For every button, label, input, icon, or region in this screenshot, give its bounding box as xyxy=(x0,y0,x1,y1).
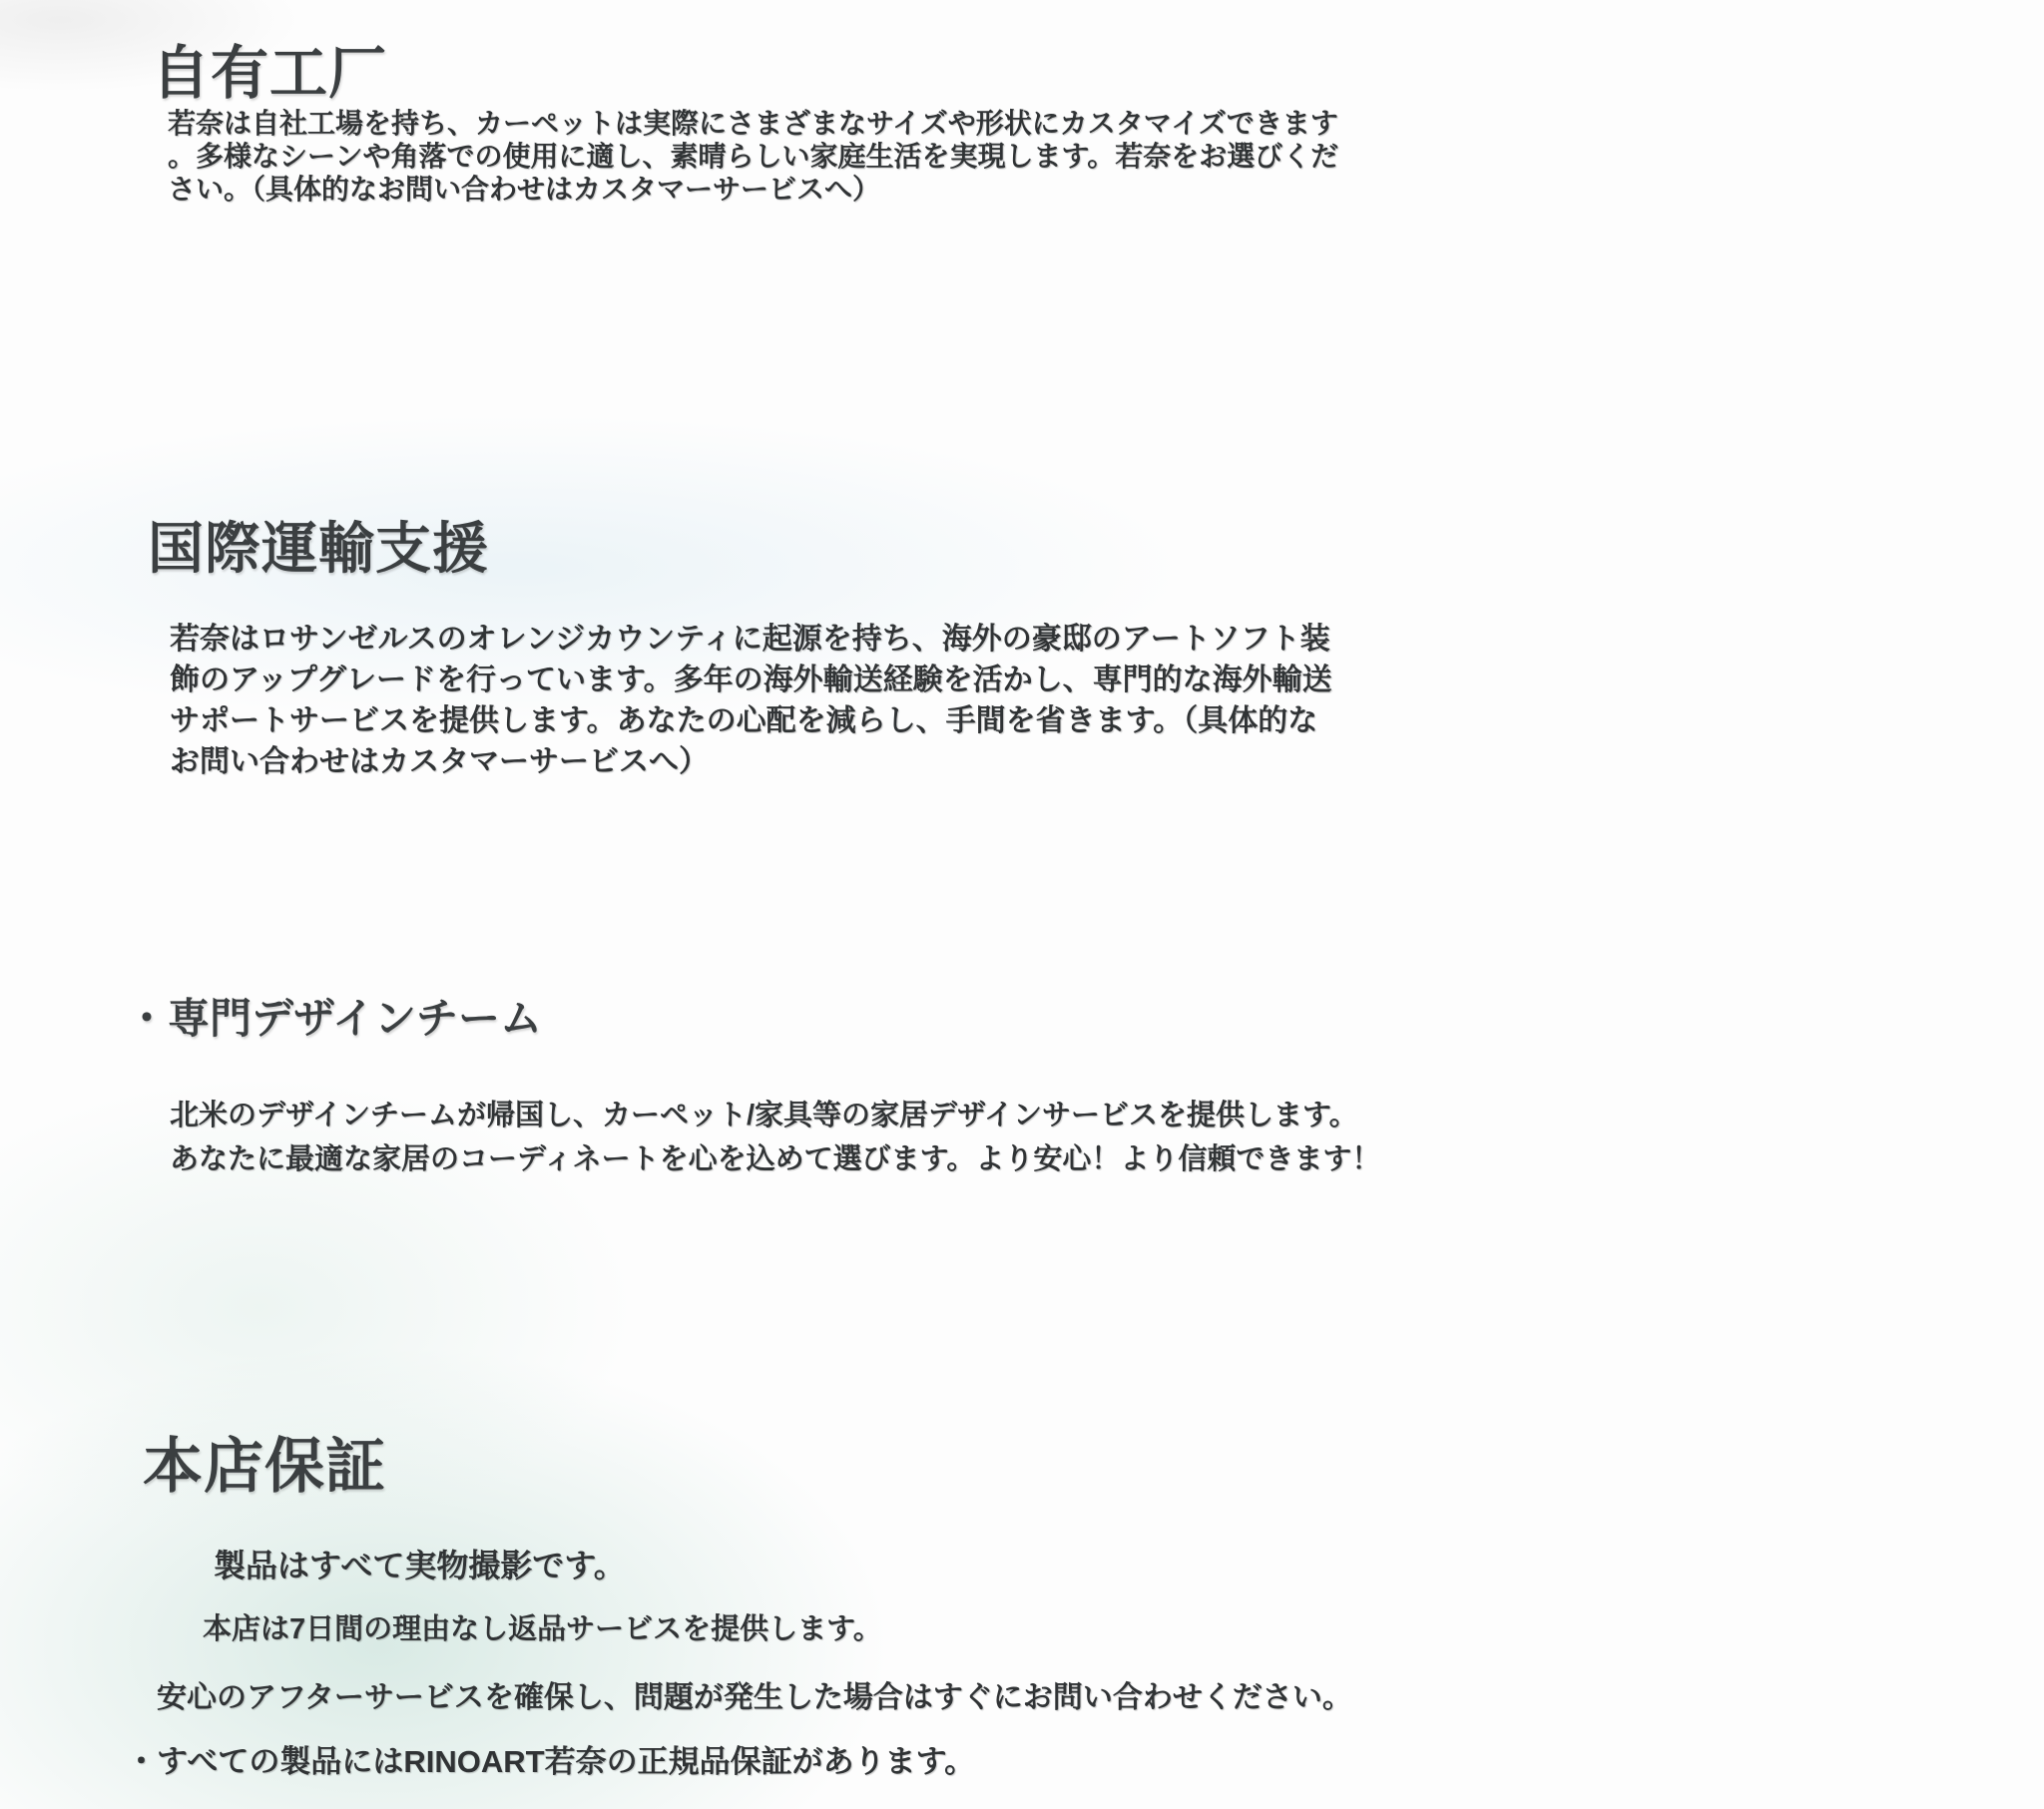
guarantee-line-real-photos: 製品はすべて実物撮影です。 xyxy=(214,1541,626,1586)
body-line: さい。（具体的なお問い合わせはカスタマーサービスへ） xyxy=(168,173,1338,206)
section-international-shipping-title: 国際運輸支援 xyxy=(148,505,489,585)
section-design-team-title: ・専門デザインチーム xyxy=(126,986,542,1046)
guarantee-line-authenticity: ・すべての製品にはRINOART若奈の正規品保証があります。 xyxy=(126,1736,975,1781)
body-line: 若奈は自社工場を持ち、カーペットは実際にさまざまなサイズや形状にカスタマイズでき… xyxy=(168,107,1338,140)
guarantee-line-after-service: 安心のアフターサービスを確保し、問題が発生した場合はすぐにお問い合わせください。 xyxy=(157,1672,1352,1716)
body-line: 飾のアップグレードを行っています。多年の海外輸送経験を活かし、専門的な海外輸送 xyxy=(170,660,1332,700)
section-own-factory-body: 若奈は自社工場を持ち、カーペットは実際にさまざまなサイズや形状にカスタマイズでき… xyxy=(168,107,1338,206)
body-line: 。多様なシーンや角落での使用に適し、素晴らしい家庭生活を実現します。若奈をお選び… xyxy=(168,140,1338,173)
product-description-page: 自有工厂 若奈は自社工場を持ち、カーペットは実際にさまざまなサイズや形状にカスタ… xyxy=(0,0,2044,1809)
body-line: 北米のデザインチームが帰国し、カーペット/家具等の家居デザインサービスを提供しま… xyxy=(170,1094,1380,1137)
section-own-factory-title: 自有工厂 xyxy=(152,26,387,110)
section-international-shipping-body: 若奈はロサンゼルスのオレンジカウンティに起源を持ち、海外の豪邸のアートソフト装 … xyxy=(170,619,1332,782)
body-line: サポートサービスを提供します。あなたの心配を減らし、手間を省きます。（具体的な xyxy=(170,700,1332,741)
section-store-guarantee-title: 本店保証 xyxy=(143,1419,386,1505)
section-design-team-body: 北米のデザインチームが帰国し、カーペット/家具等の家居デザインサービスを提供しま… xyxy=(170,1094,1380,1181)
body-line: あなたに最適な家居のコーディネートを心を込めて選びます。より安心！より信頼できま… xyxy=(170,1137,1380,1181)
body-line: お問い合わせはカスタマーサービスへ） xyxy=(170,741,1332,782)
body-line: 若奈はロサンゼルスのオレンジカウンティに起源を持ち、海外の豪邸のアートソフト装 xyxy=(170,619,1332,660)
guarantee-line-7day-return: 本店は7日間の理由なし返品サービスを提供します。 xyxy=(203,1606,882,1647)
